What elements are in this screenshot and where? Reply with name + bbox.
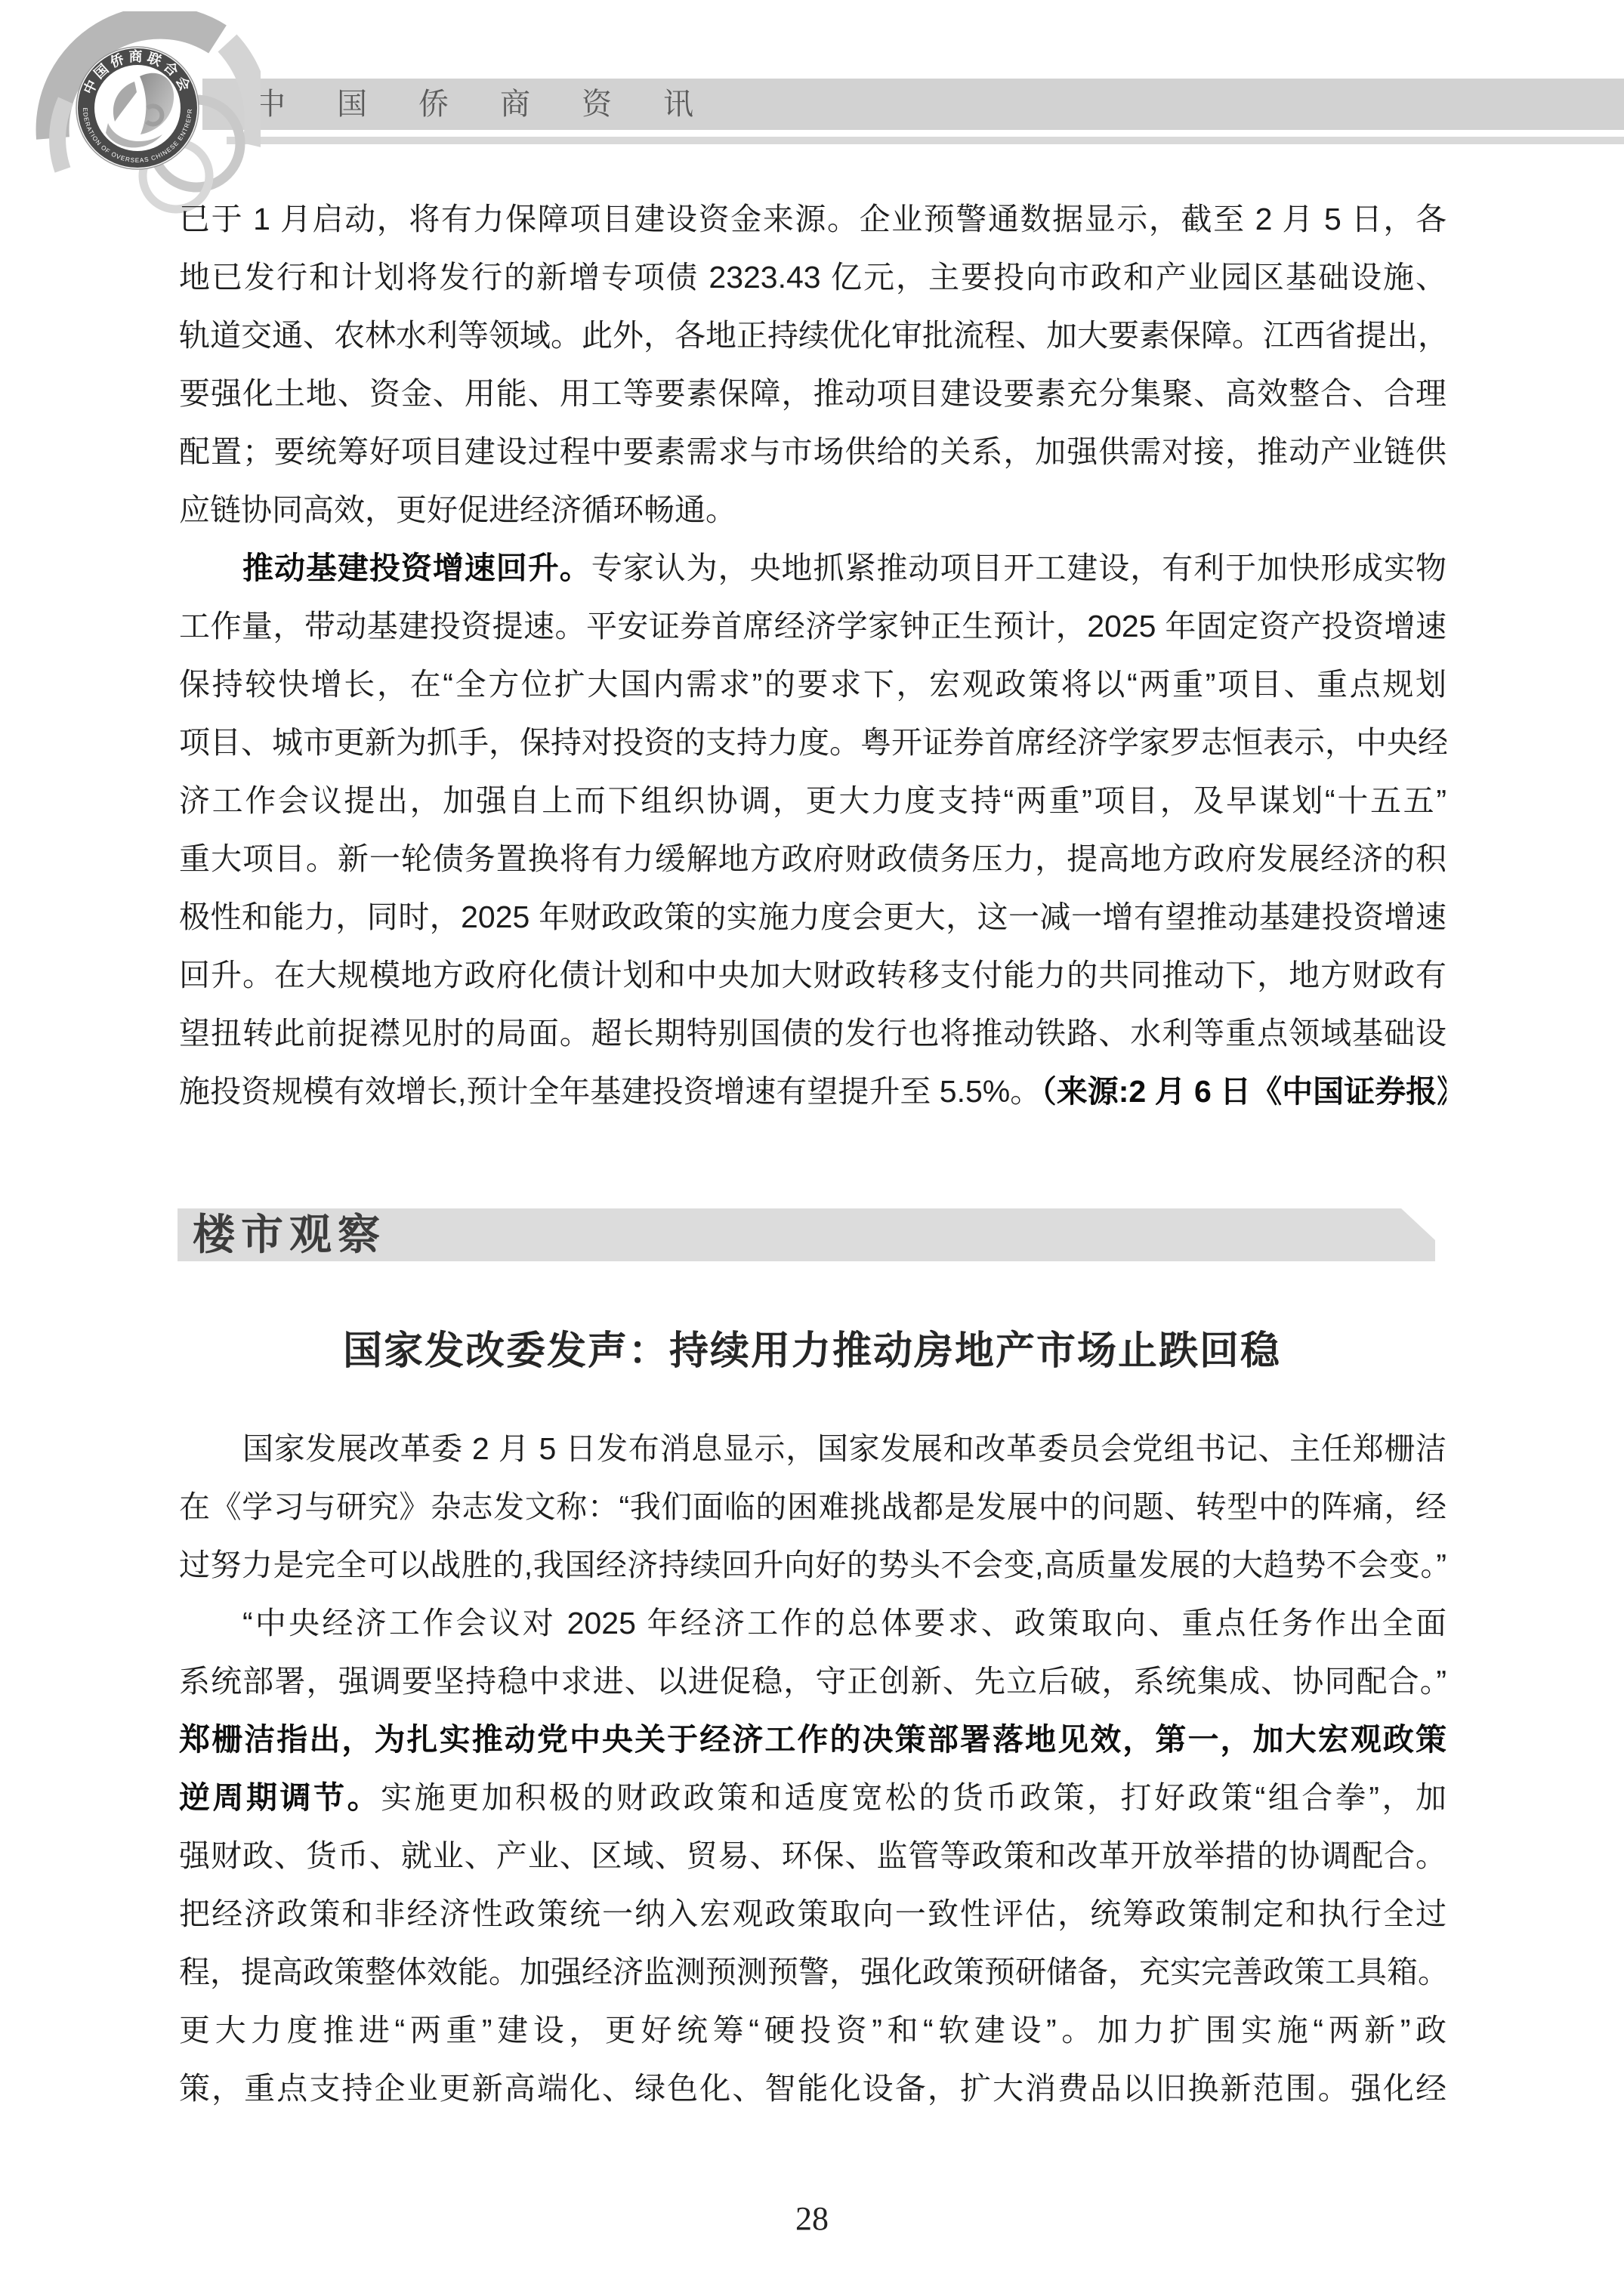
article1-body: 已于 1 月启动，将有力保障项目建设资金来源。企业预警通数据显示，截至 2 月 …	[179, 190, 1446, 1121]
article2-line: 策，重点支持企业更新高端化、绿色化、智能化设备，扩大消费品以旧换新范围。强化经	[179, 2060, 1446, 2118]
article2-line: 逆周期调节。实施更加积极的财政政策和适度宽松的货币政策，打好政策“组合拳”，加	[179, 1769, 1446, 1827]
article1-line: 地已发行和计划将发行的新增专项债 2323.43 亿元，主要投向市政和产业园区基…	[179, 248, 1446, 307]
article2-line: 郑栅洁指出，为扎实推动党中央关于经济工作的决策部署落地见效，第一，加大宏观政策	[179, 1711, 1446, 1769]
article2-line: “中央经济工作会议对 2025 年经济工作的总体要求、政策取向、重点任务作出全面	[179, 1594, 1446, 1653]
article1-line: 重大项目。新一轮债务置换将有力缓解地方政府财政债务压力，提高地方政府发展经济的积	[179, 830, 1446, 888]
section-banner: 楼市观察	[178, 1208, 1435, 1261]
masthead-underline	[227, 137, 1624, 144]
article2-line: 系统部署，强调要坚持稳中求进、以进促稳，守正创新、先立后破，系统集成、协同配合。…	[179, 1653, 1446, 1711]
article1-line: 望扭转此前捉襟见肘的局面。超长期特别国债的发行也将推动铁路、水利等重点领域基础设	[179, 1005, 1446, 1063]
article2-line: 程，提高政策整体效能。加强经济监测预测预警，强化政策预研储备，充实完善政策工具箱…	[179, 1943, 1446, 2001]
article1-line: 施投资规模有效增长,预计全年基建投资增速有望提升至 5.5%。（来源:2 月 6…	[179, 1063, 1446, 1121]
article1-line: 推动基建投资增速回升。专家认为，央地抓紧推动项目开工建设，有利于加快形成实物	[179, 539, 1446, 597]
section-banner-label: 楼市观察	[178, 1208, 1435, 1263]
petal-left-icon	[57, 100, 66, 170]
article1-line: 配置；要统筹好项目建设过程中要素需求与市场供给的关系，加强供需对接，推动产业链供	[179, 423, 1446, 481]
article1-line: 回升。在大规模地方政府化债计划和中央加大财政转移支付能力的共同推动下，地方财政有	[179, 946, 1446, 1005]
masthead-title: 中国侨商资讯	[255, 79, 745, 130]
article2-line: 把经济政策和非经济性政策统一纳入宏观政策取向一致性评估，统筹政策制定和执行全过	[179, 1885, 1446, 1943]
page-number: 28	[0, 2199, 1624, 2238]
article2-line: 强财政、货币、就业、产业、区域、贸易、环保、监管等政策和改革开放举措的协调配合。	[179, 1827, 1446, 1885]
article2-title: 国家发改委发声：持续用力推动房地产市场止跌回稳	[178, 1328, 1446, 1375]
document-page: 中国侨商资讯 中国侨商联合会 CHINA	[0, 0, 1624, 2293]
article2-line: 过努力是完全可以战胜的,我国经济持续回升向好的势头不会变,高质量发展的大趋势不会…	[179, 1536, 1446, 1594]
article1-line: 保持较快增长，在“全方位扩大国内需求”的要求下，宏观政策将以“两重”项目、重点规…	[179, 656, 1446, 714]
article2-line: 更大力度推进“两重”建设，更好统筹“硬投资”和“软建设”。加力扩围实施“两新”政	[179, 2001, 1446, 2060]
article2-body: 国家发展改革委 2 月 5 日发布消息显示，国家发展和改革委员会党组书记、主任郑…	[179, 1420, 1446, 2118]
article1-line: 济工作会议提出，加强自上而下组织协调，更大力度支持“两重”项目，及早谋划“十五五…	[179, 772, 1446, 830]
article1-line: 工作量，带动基建投资提速。平安证券首席经济学家钟正生预计，2025 年固定资产投…	[179, 597, 1446, 656]
article1-line: 要强化土地、资金、用能、用工等要素保障，推动项目建设要素充分集聚、高效整合、合理	[179, 365, 1446, 423]
article1-line: 极性和能力，同时，2025 年财政政策的实施力度会更大，这一减一增有望推动基建投…	[179, 888, 1446, 946]
article2-line: 在《学习与研究》杂志发文称：“我们面临的困难挑战都是发展中的问题、转型中的阵痛，…	[179, 1478, 1446, 1536]
article1-line: 应链协同高效，更好促进经济循环畅通。	[179, 481, 1446, 539]
article1-line: 已于 1 月启动，将有力保障项目建设资金来源。企业预警通数据显示，截至 2 月 …	[179, 190, 1446, 248]
article1-line: 轨道交通、农林水利等领域。此外，各地正持续优化审批流程、加大要素保障。江西省提出…	[179, 307, 1446, 365]
article1-line: 项目、城市更新为抓手，保持对投资的支持力度。粤开证券首席经济学家罗志恒表示，中央…	[179, 714, 1446, 772]
article2-line: 国家发展改革委 2 月 5 日发布消息显示，国家发展和改革委员会党组书记、主任郑…	[179, 1420, 1446, 1478]
